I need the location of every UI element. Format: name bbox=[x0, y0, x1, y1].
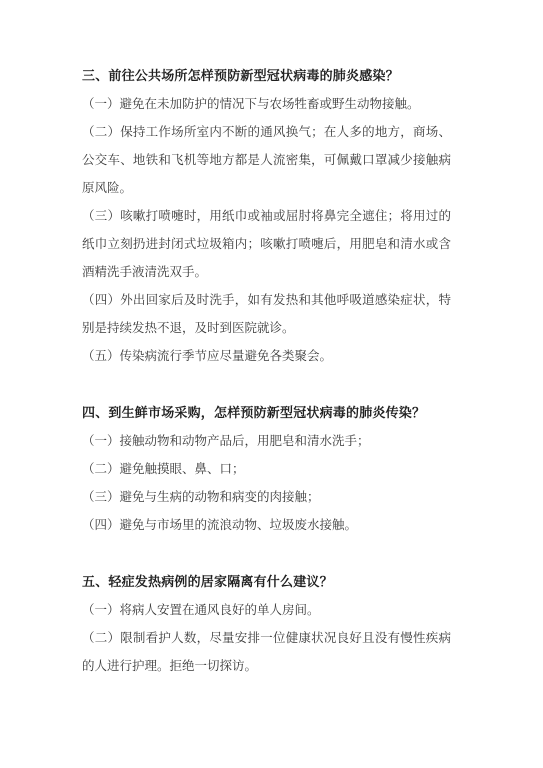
section-heading: 五、轻症发热病例的居家隔离有什么建议？ bbox=[82, 568, 451, 596]
paragraph: （四）外出回家后及时洗手，如有发热和其他呼吸道感染症状，特别是持续发热不退，及时… bbox=[82, 286, 451, 342]
paragraph: （二）限制看护人数，尽量安排一位健康状况良好且没有慢性疾病的人进行护理。拒绝一切… bbox=[82, 624, 451, 680]
document-page: 三、前往公共场所怎样预防新型冠状病毒的肺炎感染？ （一）避免在未加防护的情况下与… bbox=[0, 0, 543, 768]
section-heading: 四、到生鲜市场采购，怎样预防新型冠状病毒的肺炎传染？ bbox=[82, 399, 451, 427]
paragraph: （二）保持工作场所室内不断的通风换气；在人多的地方，商场、公交车、地铁和飞机等地… bbox=[82, 118, 451, 202]
section-home-isolation: 五、轻症发热病例的居家隔离有什么建议？ （一）将病人安置在通风良好的单人房间。 … bbox=[82, 568, 451, 680]
paragraph: （一）接触动物和动物产品后，用肥皂和清水洗手； bbox=[82, 427, 451, 455]
paragraph: （五）传染病流行季节应尽量避免各类聚会。 bbox=[82, 342, 451, 370]
paragraph: （三）咳嗽打喷嚏时，用纸巾或袖或屈肘将鼻完全遮住；将用过的纸巾立刻扔进封闭式垃圾… bbox=[82, 202, 451, 286]
paragraph: （一）将病人安置在通风良好的单人房间。 bbox=[82, 596, 451, 624]
section-public-places: 三、前往公共场所怎样预防新型冠状病毒的肺炎感染？ （一）避免在未加防护的情况下与… bbox=[82, 62, 451, 370]
section-fresh-market: 四、到生鲜市场采购，怎样预防新型冠状病毒的肺炎传染？ （一）接触动物和动物产品后… bbox=[82, 399, 451, 539]
paragraph: （一）避免在未加防护的情况下与农场牲畜或野生动物接触。 bbox=[82, 90, 451, 118]
paragraph: （二）避免触摸眼、鼻、口； bbox=[82, 455, 451, 483]
paragraph: （四）避免与市场里的流浪动物、垃圾废水接触。 bbox=[82, 511, 451, 539]
paragraph: （三）避免与生病的动物和病变的肉接触； bbox=[82, 483, 451, 511]
section-heading: 三、前往公共场所怎样预防新型冠状病毒的肺炎感染？ bbox=[82, 62, 451, 90]
